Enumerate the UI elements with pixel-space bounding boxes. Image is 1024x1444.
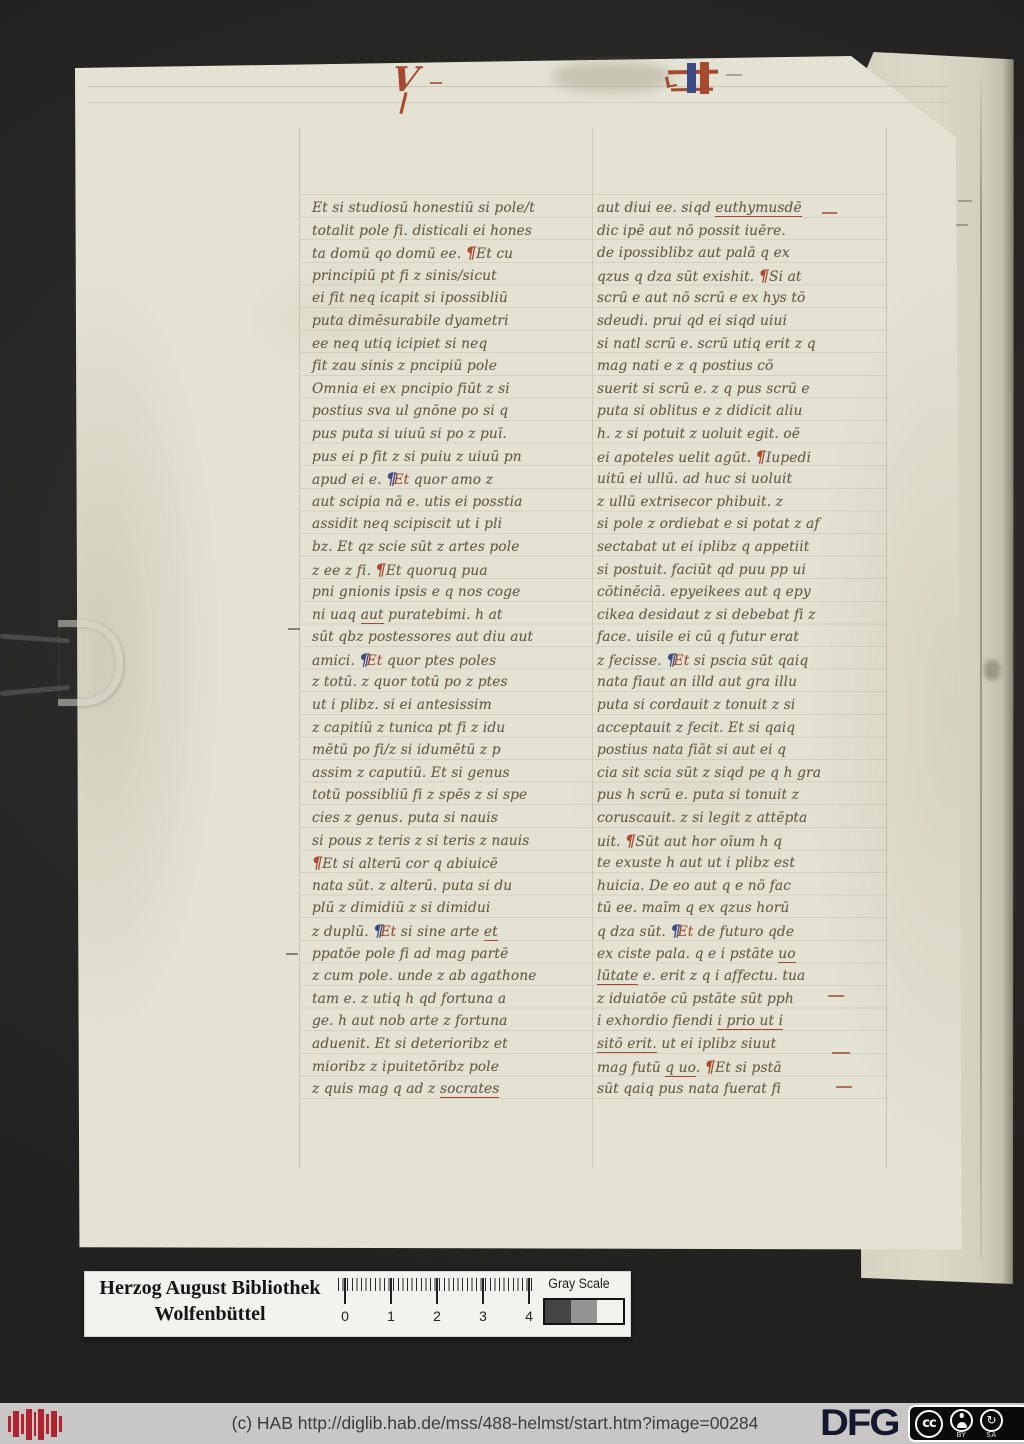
manuscript-line: si pous z teris z si teris z nauis: [312, 830, 604, 853]
manuscript-line: cōtinēciā. epyeikees aut q epy: [597, 581, 889, 604]
text-segment: ei fit neq icapit si ipossibliū: [312, 290, 508, 306]
manuscript-line: coruscauit. z si legit z attēpta: [597, 807, 889, 830]
manuscript-line: lūtate e. erit z q i affectu. tua: [597, 965, 889, 988]
text-segment: mag nati e z q postius cō: [597, 358, 773, 374]
gray-scale-patch-light: [597, 1300, 623, 1323]
manuscript-line: ¶Et si alterū cor q abiuicē: [312, 852, 604, 875]
text-segment: ex ciste pala. q e i pstāte: [597, 946, 778, 962]
manuscript-line: uitū ei ullū. ad huc si uoluit: [597, 468, 889, 491]
text-segment: puratebimi. h at: [384, 607, 503, 623]
manuscript-line: sūt qaiq pus nata fuerat fi: [597, 1078, 889, 1101]
paragraph-mark: ¶: [312, 853, 322, 872]
cc-by-label: BY: [957, 1431, 967, 1439]
manuscript-line: ut i plibz. si ei antesissim: [312, 694, 604, 717]
manuscript-line: mētū po fi/z si idumētū z p: [312, 739, 604, 762]
manuscript-line: amici. ¶Et quor ptes poles: [312, 649, 604, 672]
manuscript-line: z cum pole. unde z ab agathone: [312, 965, 604, 988]
manuscript-line: pus ei p fit z si puiu z uiuū pn: [312, 446, 604, 469]
manuscript-line: uit. ¶Sūt aut hor oīum h q: [597, 830, 889, 853]
text-segment: mag futū: [597, 1060, 665, 1076]
manuscript-line: cia sit scia sūt z siqd pe q h gra: [597, 762, 889, 785]
manuscript-line: z totū. z quor totū po z ptes: [312, 671, 604, 694]
manuscript-line: mag futū q uo. ¶Et si pstā: [597, 1056, 889, 1079]
text-segment: ge. h aut nob arte z fortuna: [312, 1013, 507, 1029]
leaf-edge-line: [980, 77, 982, 1260]
text-segment: sūt qbz postessores aut diu aut: [312, 629, 533, 645]
manuscript-line: pus h scrū e. puta si tonuit z: [597, 784, 889, 807]
ruler-number: 2: [433, 1308, 441, 1324]
text-segment: puta si cordauit z tonuit z si: [597, 697, 795, 713]
manuscript-line: ge. h aut nob arte z fortuna: [312, 1010, 604, 1033]
manuscript-line: scrū e aut nō scrū e ex hys tō: [597, 287, 889, 310]
text-segment: i prio ut i: [717, 1013, 783, 1030]
manuscript-line: tū ee. maīm q ex qzus horū: [597, 897, 889, 920]
manuscript-line: plū z dimidiū z si dimidui: [312, 897, 604, 920]
text-segment: assidit neq scipiscit ut i pli: [312, 516, 502, 532]
ruler-number: 3: [479, 1308, 487, 1324]
manuscript-line: ee neq utiq icipiet si neq: [312, 333, 604, 356]
text-segment: pus h scrū e. puta si tonuit z: [597, 787, 799, 803]
manuscript-line: puta dimēsurabile dyametri: [312, 310, 604, 333]
cc-sa-label: SA: [986, 1431, 996, 1439]
manuscript-line: ei fit neq icapit si ipossibliū: [312, 287, 604, 310]
manuscript-line: cikea desidaut z si debebat fi z: [597, 604, 889, 627]
text-segment: ni uaq: [312, 607, 361, 623]
text-segment: sdeudi. prui qd ei siqd uiui: [597, 313, 787, 329]
text-segment: z ee z fi.: [312, 563, 375, 579]
text-segment: tam e. z utiq h qd fortuna a: [312, 991, 506, 1007]
text-segment: plū z dimidiū z si dimidui: [312, 900, 490, 916]
manuscript-line: sdeudi. prui qd ei siqd uiui: [597, 310, 889, 333]
text-segment: sūt qaiq pus nata fuerat fi: [597, 1081, 781, 1097]
cc-sa-item: ↻ SA: [980, 1409, 1003, 1439]
text-segment: Omnia ei ex pncipio fiūt z si: [312, 381, 510, 397]
cc-by-person-icon: [950, 1409, 973, 1432]
gray-scale-patch-dark: [545, 1300, 571, 1323]
dfg-logo: DFG: [820, 1403, 898, 1441]
text-segment: cies z genus. puta si nauis: [312, 810, 498, 826]
text-segment: uit.: [597, 834, 625, 850]
text-segment: mioribz z ipuitetōribz pole: [312, 1059, 499, 1075]
manuscript-line: suerit si scrū e. z q pus scrū e: [597, 378, 889, 401]
manuscript-line: principiū pt fi z sinis/sicut: [312, 265, 604, 288]
text-segment: ei apoteles uelit agūt.: [597, 450, 756, 466]
text-segment: euthymusdē: [715, 200, 801, 217]
manuscript-line: qzus q dza sūt exishit. ¶Si at: [597, 265, 889, 288]
manuscript-line: z capitiū z tunica pt fi z idu: [312, 717, 604, 740]
text-segment: acceptauit z fecit. Et si qaiq: [597, 720, 795, 736]
manuscript-line: postius nata fiāt si aut ei q: [597, 739, 889, 762]
text-column-left: Et si studiosū honestiū si pole/ttotalit…: [312, 197, 604, 1101]
text-segment: apud ei e.: [312, 472, 386, 488]
text-segment: z fecisse.: [597, 653, 666, 669]
manuscript-line: z quis mag q ad z socrates: [312, 1078, 604, 1101]
text-segment: Iupedi: [766, 450, 811, 466]
text-segment: Sūt aut hor oīum h q: [635, 834, 782, 850]
quire-mark-left: V: [386, 58, 446, 110]
manuscript-line: Et si studiosū honestiū si pole/t: [312, 197, 604, 220]
fore-edge-faint-note: [984, 660, 1000, 680]
text-segment: quor ptes poles: [382, 653, 496, 669]
manuscript-line: apud ei e. ¶Et quor amo z: [312, 468, 604, 491]
ruler-major-ticks: [338, 1278, 534, 1304]
manuscript-line: ppatōe pole fi ad mag partē: [312, 943, 604, 966]
text-segment: sitō erit.: [597, 1036, 657, 1053]
text-segment: si postuit. faciūt qd puu pp ui: [597, 562, 806, 578]
manuscript-line: nata fiaut an illd aut gra illu: [597, 671, 889, 694]
paragraph-mark: ¶: [466, 243, 476, 262]
text-segment: pni gnionis ipsis e q nos coge: [312, 584, 520, 600]
text-segment: uo: [778, 946, 795, 963]
text-segment: totū possibliū fi z spēs z si spe: [312, 787, 527, 803]
text-segment: principiū pt fi z sinis/sicut: [312, 268, 497, 284]
text-segment: Et si pstā: [715, 1060, 782, 1076]
manuscript-line: sūt qbz postessores aut diu aut: [312, 626, 604, 649]
text-segment: mētū po fi/z si idumētū z p: [312, 742, 501, 758]
paragraph-mark: ¶: [756, 447, 766, 466]
paragraph-mark: ¶: [625, 831, 635, 850]
gray-scale-patch-mid: [571, 1300, 597, 1323]
manuscript-line: q dza sūt. ¶Et de futuro qde: [597, 920, 889, 943]
text-segment: z totū. z quor totū po z ptes: [312, 674, 508, 690]
manuscript-line: puta si oblitus e z didicit aliu: [597, 400, 889, 423]
label-card: Herzog August Bibliothek Wolfenbüttel 01…: [84, 1271, 631, 1337]
text-segment: lūtate: [597, 968, 638, 985]
institution-line1: Herzog August Bibliothek: [91, 1275, 329, 1301]
text-segment: ppatōe pole fi ad mag partē: [312, 946, 508, 962]
manuscript-line: huicia. De eo aut q e nō fac: [597, 875, 889, 898]
cc-by-item: BY: [950, 1409, 973, 1439]
text-segment: tū ee. maīm q ex qzus horū: [597, 900, 789, 916]
manuscript-line: si postuit. faciūt qd puu pp ui: [597, 559, 889, 582]
text-segment: si sine arte: [396, 924, 484, 940]
manuscript-line: postius sva ul gnōne po si q: [312, 400, 604, 423]
manuscript-line: totalit pole fi. disticali ei hones: [312, 220, 604, 243]
text-segment: i exhordio fiendi: [597, 1013, 717, 1029]
text-segment: ta domū qo domū ee.: [312, 246, 466, 262]
manuscript-line: z duplū. ¶Et si sine arte et: [312, 920, 604, 943]
paragraph-mark: ¶: [705, 1057, 715, 1076]
text-segment: z ullū extrisecor phibuit. z: [597, 494, 783, 510]
text-segment: puta dimēsurabile dyametri: [312, 313, 509, 329]
text-segment: face. uisile ei cū q futur erat: [597, 629, 799, 645]
text-segment: ee neq utiq icipiet si neq: [312, 336, 487, 352]
text-segment: postius sva ul gnōne po si q: [312, 403, 508, 419]
margin-dash: [288, 628, 300, 630]
text-segment: huicia. De eo aut q e nō fac: [597, 878, 791, 894]
text-segment: Et cu: [476, 246, 513, 262]
manuscript-line: puta si cordauit z tonuit z si: [597, 694, 889, 717]
ruler-number: 0: [341, 1308, 349, 1324]
text-segment: quor amo z: [409, 472, 493, 488]
text-segment: si pole z ordiebat e si potat z af: [597, 516, 820, 532]
institution-line2: Wolfenbüttel: [91, 1301, 329, 1327]
text-segment: pus ei p fit z si puiu z uiuū pn: [312, 449, 522, 465]
manuscript-line: ta domū qo domū ee. ¶Et cu: [312, 242, 604, 265]
ornament-hook: [665, 75, 677, 88]
paragraph-mark: ¶: [375, 560, 385, 579]
ornament-stem-blue: [687, 63, 696, 93]
text-segment: et: [484, 924, 498, 941]
hab-barcode-logo: [8, 1408, 62, 1440]
text-segment: totalit pole fi. disticali ei hones: [312, 223, 532, 239]
text-segment: z quis mag q ad z: [312, 1081, 440, 1097]
text-segment: sectabat ut ei iplibz q appetiit: [597, 539, 809, 555]
ink-speck: [369, 58, 373, 62]
manuscript-line: ei apoteles uelit agūt. ¶Iupedi: [597, 446, 889, 469]
manuscript-line: totū possibliū fi z spēs z si spe: [312, 784, 604, 807]
text-segment: aut: [361, 607, 384, 624]
text-segment: aut scipia nā e. utis ei posstia: [312, 494, 523, 510]
margin-dash: [832, 1052, 850, 1054]
copyright-url: (c) HAB http://diglib.hab.de/mss/488-hel…: [170, 1403, 820, 1444]
footer-bar: (c) HAB http://diglib.hab.de/mss/488-hel…: [0, 1403, 1024, 1444]
manuscript-line: z ullū extrisecor phibuit. z: [597, 491, 889, 514]
margin-dash: [828, 995, 844, 997]
manuscript-line: nata sūt. z alterū. puta si du: [312, 875, 604, 898]
text-segment: assim z caputiū. Et si genus: [312, 765, 510, 781]
ruling-line: [88, 86, 948, 87]
manuscript-line: ni uaq aut puratebimi. h at: [312, 604, 604, 627]
text-column-right: aut diui ee. siqd euthymusdēdic ipē aut …: [597, 197, 889, 1101]
text-segment: Et si alterū cor q abiuicē: [322, 856, 498, 872]
manuscript-line: z iduiatōe cū pstāte sūt pph: [597, 988, 889, 1011]
text-segment: z cum pole. unde z ab agathone: [312, 968, 537, 984]
text-segment: si pous z teris z si teris z nauis: [312, 833, 529, 849]
text-segment: Et si studiosū honestiū si pole/t: [312, 200, 535, 216]
manuscript-line: fit zau sinis z pncipiū pole: [312, 355, 604, 378]
manuscript-line: dic ipē aut nō possit iuēre.: [597, 220, 889, 243]
manuscript-line: h. z si potuit z uoluit egit. oē: [597, 423, 889, 446]
manuscript-line: i exhordio fiendi i prio ut i: [597, 1010, 889, 1033]
margin-dash: [836, 1086, 852, 1088]
text-segment: bz. Et qz scie sūt z artes pole: [312, 539, 520, 555]
ruler-number: 1: [387, 1308, 395, 1324]
manuscript-line: aduenit. Et si deterioribz et: [312, 1033, 604, 1056]
manuscript-line: tam e. z utiq h qd fortuna a: [312, 988, 604, 1011]
paragraph-mark: ¶: [759, 266, 769, 285]
quire-mark-dash: [430, 82, 442, 84]
ornament-green-dash: [726, 74, 742, 76]
manuscript-line: aut diui ee. siqd euthymusdē: [597, 197, 889, 220]
manuscript-line: assidit neq scipiscit ut i pli: [312, 513, 604, 536]
text-segment: coruscauit. z si legit z attēpta: [597, 810, 807, 826]
text-segment: si natl scrū e. scrū utiq erit z q: [597, 336, 816, 352]
text-segment: de futuro qde: [693, 924, 794, 940]
manuscript-line: z ee z fi. ¶Et quoruq pua: [312, 559, 604, 582]
margin-dash: [286, 953, 298, 955]
text-segment: Et: [678, 924, 694, 940]
manuscript-line: sectabat ut ei iplibz q appetiit: [597, 536, 889, 559]
text-segment: Et: [674, 653, 690, 669]
manuscript-line: si natl scrū e. scrū utiq erit z q: [597, 333, 889, 356]
text-segment: cikea desidaut z si debebat fi z: [597, 607, 816, 623]
fore-edge-mark: [958, 200, 972, 202]
text-segment: dic ipē aut nō possit iuēre.: [597, 223, 786, 239]
text-segment: nata fiaut an illd aut gra illu: [597, 674, 797, 690]
text-segment: puta si oblitus e z didicit aliu: [597, 403, 803, 419]
ruling-line: [88, 102, 948, 103]
institution-name: Herzog August Bibliothek Wolfenbüttel: [91, 1275, 329, 1327]
text-segment: ut ei iplibz siuut: [657, 1036, 776, 1052]
text-segment: si pscia sūt qaiq: [689, 653, 808, 669]
text-segment: z capitiū z tunica pt fi z idu: [312, 720, 505, 736]
margin-dash: [822, 212, 837, 214]
manuscript-line: face. uisile ei cū q futur erat: [597, 626, 889, 649]
text-segment: uitū ei ullū. ad huc si uoluit: [597, 471, 792, 487]
text-segment: aduenit. Et si deterioribz et: [312, 1036, 508, 1052]
manuscript-line: Omnia ei ex pncipio fiūt z si: [312, 378, 604, 401]
manuscript-line: cies z genus. puta si nauis: [312, 807, 604, 830]
text-segment: z duplū.: [312, 924, 373, 940]
ruler-numbers: 01234: [338, 1308, 538, 1328]
ruler-number: 4: [525, 1308, 533, 1324]
quire-mark-right: [668, 60, 768, 106]
manuscript-line: acceptauit z fecit. Et si qaiq: [597, 717, 889, 740]
text-segment: q uo: [665, 1060, 696, 1077]
text-segment: z iduiatōe cū pstāte sūt pph: [597, 991, 794, 1007]
text-segment: .: [696, 1060, 705, 1076]
text-segment: Et quoruq pua: [386, 563, 488, 579]
text-segment: Et: [367, 653, 383, 669]
text-segment: suerit si scrū e. z q pus scrū e: [597, 381, 810, 397]
manuscript-line: bz. Et qz scie sūt z artes pole: [312, 536, 604, 559]
text-segment: te exuste h aut ut i plibz est: [597, 855, 795, 871]
text-segment: Et: [393, 472, 409, 488]
text-segment: Et: [380, 924, 396, 940]
text-segment: e. erit z q i affectu. tua: [638, 968, 805, 984]
gray-scale-label: Gray Scale: [537, 1276, 622, 1291]
text-segment: fit zau sinis z pncipiū pole: [312, 358, 497, 374]
cc-sa-arrow-icon: ↻: [980, 1409, 1003, 1432]
manuscript-line: assim z caputiū. Et si genus: [312, 762, 604, 785]
manuscript-line: te exuste h aut ut i plibz est: [597, 852, 889, 875]
gray-scale-bar: [543, 1298, 625, 1325]
text-segment: ut i plibz. si ei antesissim: [312, 697, 492, 713]
text-segment: cōtinēciā. epyeikees aut q epy: [597, 584, 811, 600]
text-segment: Si at: [769, 269, 802, 285]
text-segment: scrū e aut nō scrū e ex hys tō: [597, 290, 805, 306]
manuscript-line: mag nati e z q postius cō: [597, 355, 889, 378]
manuscript-line: ex ciste pala. q e i pstāte uo: [597, 943, 889, 966]
text-segment: socrates: [440, 1081, 500, 1098]
text-segment: q dza sūt.: [597, 924, 670, 940]
text-segment: aut diui ee. siqd: [597, 200, 715, 216]
text-segment: cia sit scia sūt z siqd pe q h gra: [597, 765, 821, 781]
manuscript-line: pni gnionis ipsis e q nos coge: [312, 581, 604, 604]
cc-icon: cc: [915, 1410, 943, 1438]
text-segment: qzus q dza sūt exishit.: [597, 269, 759, 285]
photo-backdrop: V Et si studiosū honestiū si pole/ttotal…: [0, 0, 1024, 1444]
manuscript-line: z fecisse. ¶Et si pscia sūt qaiq: [597, 649, 889, 672]
manuscript-line: si pole z ordiebat e si potat z af: [597, 513, 889, 536]
text-segment: postius nata fiāt si aut ei q: [597, 742, 786, 758]
text-segment: nata sūt. z alterū. puta si du: [312, 878, 512, 894]
text-segment: pus puta si uiuū si po z puī.: [312, 426, 507, 442]
cc-license-badge: cc BY ↻ SA: [908, 1405, 1024, 1442]
show-through-smudge: [553, 62, 671, 92]
manuscript-line: aut scipia nā e. utis ei posstia: [312, 491, 604, 514]
text-segment: amici.: [312, 653, 359, 669]
text-segment: de ipossiblibz aut palā q ex: [597, 245, 790, 261]
ornament-stem-red: [700, 62, 709, 94]
manuscript-line: mioribz z ipuitetōribz pole: [312, 1056, 604, 1079]
manuscript-line: pus puta si uiuū si po z puī.: [312, 423, 604, 446]
text-segment: h. z si potuit z uoluit egit. oē: [597, 426, 800, 442]
manuscript-line: de ipossiblibz aut palā q ex: [597, 242, 889, 265]
